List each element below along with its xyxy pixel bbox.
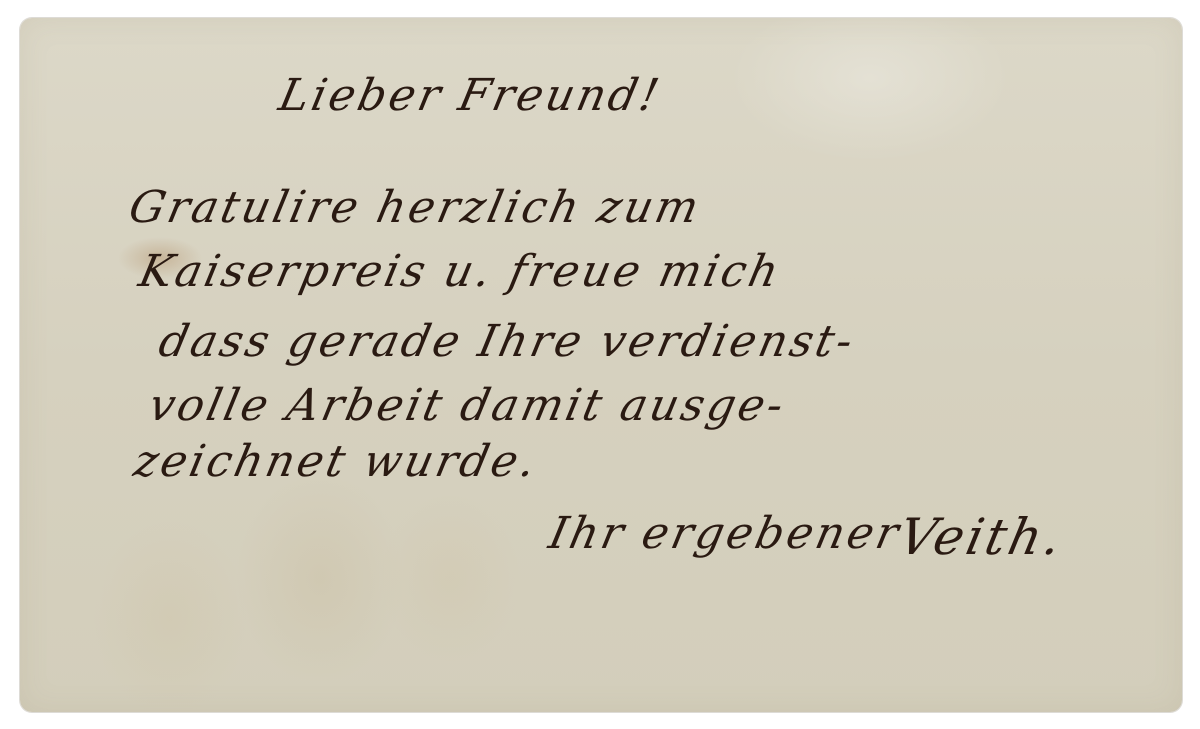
body-line-3: dass gerade Ihre verdienst- — [155, 316, 861, 367]
body-line-5: zeichnet wurde. — [130, 436, 543, 487]
body-line-1: Gratulire herzlich zum — [125, 182, 706, 233]
closing: Ihr ergebener — [545, 508, 906, 559]
signature: Veith. — [894, 508, 1070, 566]
salutation: Lieber Freund! — [275, 70, 667, 121]
postcard: Lieber Freund! Gratulire herzlich zum Ka… — [20, 18, 1182, 712]
body-line-4: volle Arbeit damit ausge- — [145, 380, 791, 431]
body-line-2: Kaiserpreis u. freue mich — [135, 246, 786, 297]
